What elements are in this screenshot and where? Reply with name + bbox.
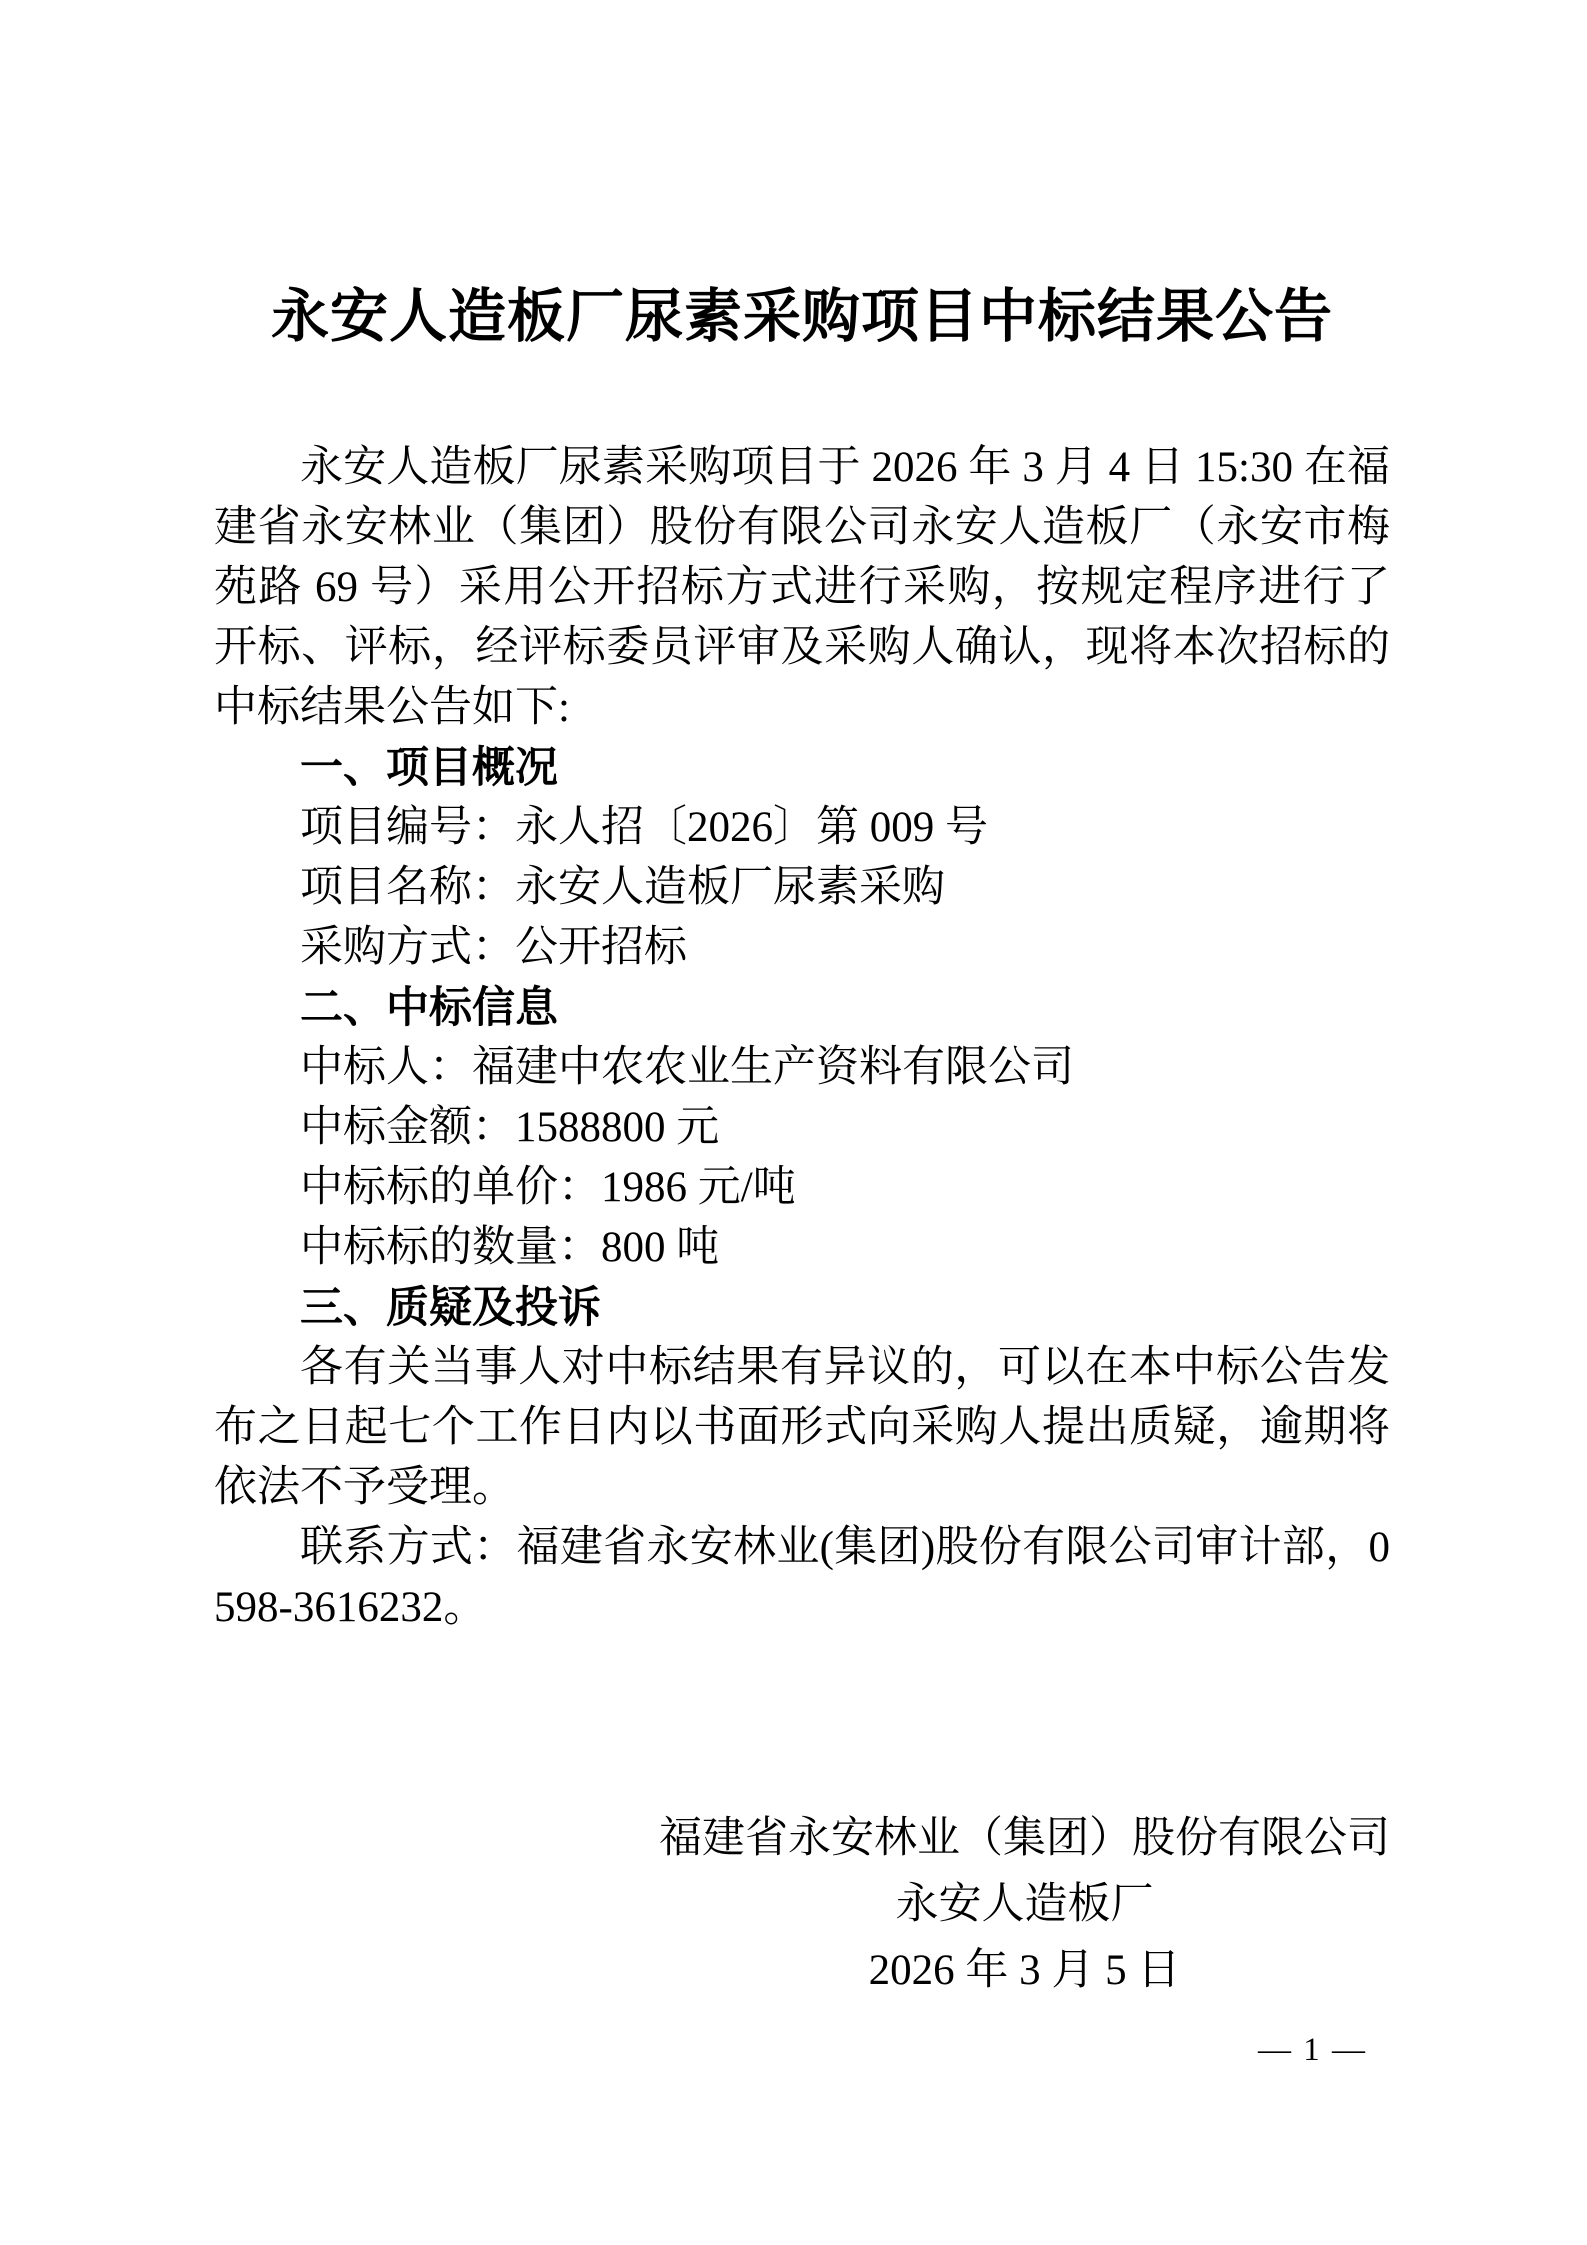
page-number: — 1 — (1258, 2034, 1367, 2067)
signature-department: 永安人造板厂 (659, 1872, 1390, 1938)
section-heading-objections: 三、质疑及投诉 (214, 1278, 1390, 1338)
winning-bidder-line: 中标人：福建中农农业生产资料有限公司 (214, 1038, 1390, 1098)
objection-paragraph: 各有关当事人对中标结果有异议的，可以在本中标公告发布之日起七个工作日内以书面形式… (214, 1338, 1390, 1518)
intro-paragraph: 永安人造板厂尿素采购项目于 2026 年 3 月 4 日 15:30 在福建省永… (214, 438, 1390, 738)
procurement-method-line: 采购方式：公开招标 (214, 918, 1390, 978)
unit-price-line: 中标标的单价：1986 元/吨 (214, 1158, 1390, 1218)
signature-date: 2026 年 3 月 5 日 (659, 1938, 1390, 2004)
document-title: 永安人造板厂尿素采购项目中标结果公告 (214, 278, 1390, 356)
section-heading-project-overview: 一、项目概况 (214, 738, 1390, 798)
signature-company: 福建省永安林业（集团）股份有限公司 (659, 1806, 1390, 1872)
document-content: 永安人造板厂尿素采购项目中标结果公告 永安人造板厂尿素采购项目于 2026 年 … (214, 278, 1390, 2004)
award-amount-line: 中标金额：1588800 元 (214, 1098, 1390, 1158)
document-page: 永安人造板厂尿素采购项目中标结果公告 永安人造板厂尿素采购项目于 2026 年 … (0, 0, 1587, 2245)
quantity-line: 中标标的数量：800 吨 (214, 1218, 1390, 1278)
project-name-line: 项目名称：永安人造板厂尿素采购 (214, 858, 1390, 918)
contact-paragraph: 联系方式：福建省永安林业(集团)股份有限公司审计部，0598-3616232。 (214, 1518, 1390, 1638)
signature-block: 福建省永安林业（集团）股份有限公司 永安人造板厂 2026 年 3 月 5 日 (659, 1806, 1390, 2004)
section-heading-award-info: 二、中标信息 (214, 978, 1390, 1038)
project-number-line: 项目编号：永人招〔2026〕第 009 号 (214, 798, 1390, 858)
